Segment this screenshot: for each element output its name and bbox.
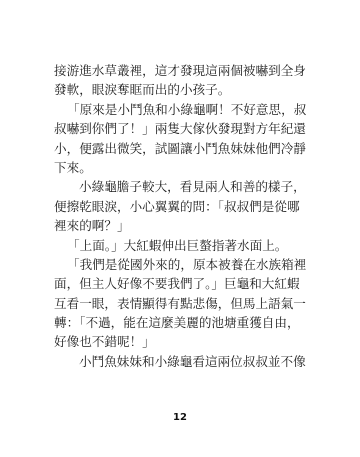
text-line: 「原來是小鬥魚和小綠龜啊！不好意思，叔: [54, 100, 310, 119]
text-line: 好像也不錯呢！」: [54, 332, 310, 351]
text-line: 下來。: [54, 158, 310, 177]
text-line: 接游進水草叢裡，這才發現這兩個被嚇到全身: [54, 61, 310, 80]
text-line: 轉：「不過，能在這麼美麗的池塘重獲自由，: [54, 313, 310, 332]
text-line: 「我們是從國外來的，原本被養在水族箱裡: [54, 255, 310, 274]
text-line: 小，便露出微笑，試圖讓小鬥魚妹妹他們冷靜: [54, 139, 310, 158]
story-text: 接游進水草叢裡，這才發現這兩個被嚇到全身 發軟，眼淚奪眶而出的小孩子。 「原來是…: [54, 61, 310, 371]
book-page: { "page": { "content": { "lines": [ "接游進…: [0, 0, 360, 457]
text-line: 小綠龜膽子較大，看見兩人和善的樣子，: [54, 177, 310, 196]
text-line: 互看一眼，表情顯得有點悲傷，但馬上語氣一: [54, 294, 310, 313]
text-line: 小鬥魚妹妹和小綠龜看這兩位叔叔並不像: [54, 352, 310, 371]
text-line: 裡來的啊？」: [54, 216, 310, 235]
text-line: 叔嚇到你們了！」兩隻大傢伙發現對方年紀還: [54, 119, 310, 138]
text-line: 發軟，眼淚奪眶而出的小孩子。: [54, 80, 310, 99]
text-line: 便擦乾眼淚，小心翼翼的問：「叔叔們是從哪: [54, 197, 310, 216]
page-background: 接游進水草叢裡，這才發現這兩個被嚇到全身 發軟，眼淚奪眶而出的小孩子。 「原來是…: [0, 0, 360, 457]
page-number: 12: [0, 412, 360, 423]
text-line: 面，但主人好像不要我們了。」巨龜和大紅蝦: [54, 274, 310, 293]
text-line: 「上面。」大紅蝦伸出巨螯指著水面上。: [54, 236, 310, 255]
